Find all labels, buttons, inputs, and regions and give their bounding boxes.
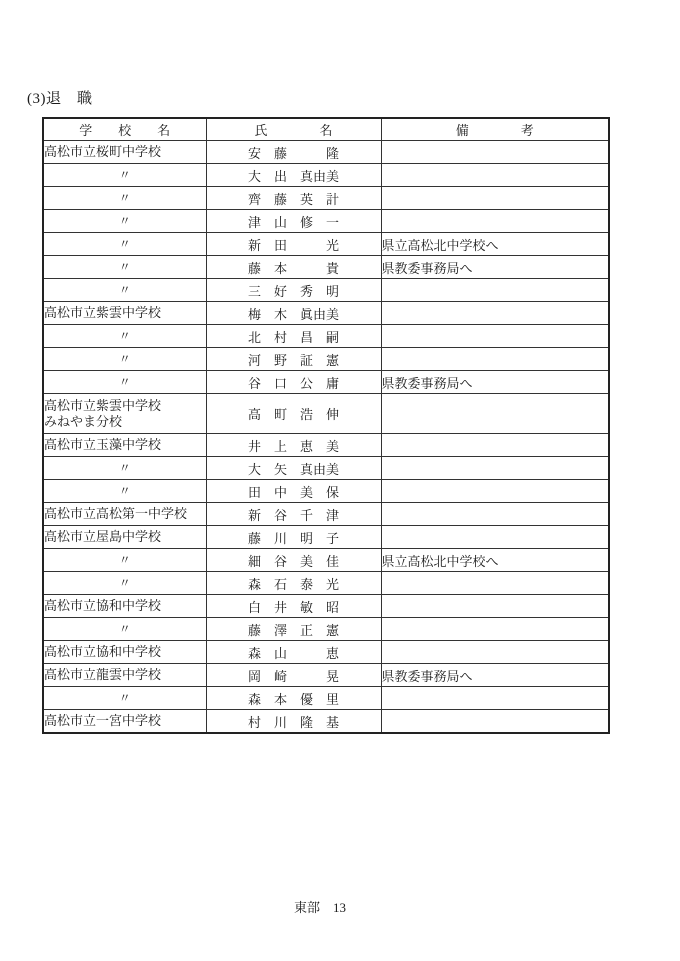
document-page: (3)退 職 学 校 名 氏 名 備 考 高松市立桜町中学校 安 藤 隆 〃 大… (0, 0, 680, 961)
table-row: 高松市立協和中学校 森 山 恵 (43, 641, 609, 664)
name-cell: 齊 藤 英 計 (206, 187, 381, 210)
school-cell: 〃 (43, 256, 206, 279)
school-cell: 〃 (43, 233, 206, 256)
name-cell: 藤 川 明 子 (206, 526, 381, 549)
table-row: 〃 河 野 証 憲 (43, 348, 609, 371)
name-cell: 井 上 恵 美 (206, 434, 381, 457)
remark-cell (381, 394, 609, 434)
table-row: 高松市立龍雲中学校 岡 崎 晃 県教委事務局へ (43, 664, 609, 687)
school-cell: 〃 (43, 187, 206, 210)
school-cell: 高松市立龍雲中学校 (43, 664, 206, 687)
remark-cell (381, 710, 609, 734)
table-row: 〃 森 本 優 里 (43, 687, 609, 710)
school-cell: 〃 (43, 325, 206, 348)
school-cell: 高松市立一宮中学校 (43, 710, 206, 734)
remark-cell: 県教委事務局へ (381, 664, 609, 687)
school-cell: 高松市立屋島中学校 (43, 526, 206, 549)
name-cell: 岡 崎 晃 (206, 664, 381, 687)
name-cell: 森 本 優 里 (206, 687, 381, 710)
table-row: 高松市立一宮中学校 村 川 隆 基 (43, 710, 609, 734)
name-cell: 三 好 秀 明 (206, 279, 381, 302)
remark-cell (381, 480, 609, 503)
remark-cell (381, 325, 609, 348)
school-cell: 高松市立協和中学校 (43, 595, 206, 618)
school-cell: 〃 (43, 279, 206, 302)
name-cell: 藤 澤 正 憲 (206, 618, 381, 641)
remark-cell (381, 164, 609, 187)
name-cell: 大 矢 真由美 (206, 457, 381, 480)
name-cell: 新 田 光 (206, 233, 381, 256)
table-row: 〃 津 山 修 一 (43, 210, 609, 233)
table-row: 〃 田 中 美 保 (43, 480, 609, 503)
col-header-remark: 備 考 (381, 118, 609, 141)
remark-cell (381, 187, 609, 210)
table-row: 〃 森 石 泰 光 (43, 572, 609, 595)
section-title: (3)退 職 (27, 87, 93, 108)
school-cell: 〃 (43, 687, 206, 710)
remark-cell (381, 618, 609, 641)
school-cell: 高松市立玉藻中学校 (43, 434, 206, 457)
table-row: 高松市立協和中学校 白 井 敏 昭 (43, 595, 609, 618)
remark-cell (381, 503, 609, 526)
remark-cell (381, 595, 609, 618)
school-cell: 〃 (43, 164, 206, 187)
school-cell: 〃 (43, 480, 206, 503)
name-cell: 森 山 恵 (206, 641, 381, 664)
school-cell: 高松市立桜町中学校 (43, 141, 206, 164)
remark-cell (381, 141, 609, 164)
col-header-name: 氏 名 (206, 118, 381, 141)
remark-cell (381, 279, 609, 302)
remark-cell (381, 210, 609, 233)
remark-cell: 県立高松北中学校へ (381, 233, 609, 256)
name-cell: 安 藤 隆 (206, 141, 381, 164)
name-cell: 森 石 泰 光 (206, 572, 381, 595)
name-cell: 村 川 隆 基 (206, 710, 381, 734)
remark-cell (381, 348, 609, 371)
name-cell: 新 谷 千 津 (206, 503, 381, 526)
remark-cell (381, 434, 609, 457)
school-cell: 〃 (43, 348, 206, 371)
table-row: 高松市立屋島中学校 藤 川 明 子 (43, 526, 609, 549)
remark-cell: 県教委事務局へ (381, 371, 609, 394)
page-footer: 東部 13 (0, 897, 640, 916)
remark-cell (381, 641, 609, 664)
name-cell: 大 出 真由美 (206, 164, 381, 187)
table-row: 高松市立紫雲中学校 みねやま分校 高 町 浩 伸 (43, 394, 609, 434)
table-row: 〃 大 出 真由美 (43, 164, 609, 187)
school-cell: 〃 (43, 457, 206, 480)
remark-cell (381, 687, 609, 710)
school-cell: 高松市立紫雲中学校 みねやま分校 (43, 394, 206, 434)
retirement-table: 学 校 名 氏 名 備 考 高松市立桜町中学校 安 藤 隆 〃 大 出 真由美 … (42, 117, 610, 734)
table-row: 〃 谷 口 公 庸 県教委事務局へ (43, 371, 609, 394)
name-cell: 田 中 美 保 (206, 480, 381, 503)
remark-cell: 県立高松北中学校へ (381, 549, 609, 572)
table-row: 高松市立桜町中学校 安 藤 隆 (43, 141, 609, 164)
table-row: 〃 大 矢 真由美 (43, 457, 609, 480)
table-row: 〃 藤 澤 正 憲 (43, 618, 609, 641)
name-cell: 白 井 敏 昭 (206, 595, 381, 618)
table-row: 高松市立紫雲中学校 梅 木 眞由美 (43, 302, 609, 325)
name-cell: 谷 口 公 庸 (206, 371, 381, 394)
table-row: 高松市立玉藻中学校 井 上 恵 美 (43, 434, 609, 457)
school-cell: 〃 (43, 572, 206, 595)
remark-cell (381, 302, 609, 325)
school-cell: 高松市立紫雲中学校 (43, 302, 206, 325)
table-header-row: 学 校 名 氏 名 備 考 (43, 118, 609, 141)
table-row: 〃 藤 本 貴 県教委事務局へ (43, 256, 609, 279)
school-cell: 高松市立協和中学校 (43, 641, 206, 664)
table-row: 〃 細 谷 美 佳 県立高松北中学校へ (43, 549, 609, 572)
table-row: 〃 三 好 秀 明 (43, 279, 609, 302)
school-cell: 〃 (43, 210, 206, 233)
name-cell: 細 谷 美 佳 (206, 549, 381, 572)
table-body: 高松市立桜町中学校 安 藤 隆 〃 大 出 真由美 〃 齊 藤 英 計 〃 津 … (43, 141, 609, 734)
name-cell: 津 山 修 一 (206, 210, 381, 233)
name-cell: 高 町 浩 伸 (206, 394, 381, 434)
table-row: 〃 齊 藤 英 計 (43, 187, 609, 210)
name-cell: 藤 本 貴 (206, 256, 381, 279)
name-cell: 梅 木 眞由美 (206, 302, 381, 325)
name-cell: 河 野 証 憲 (206, 348, 381, 371)
school-cell: 高松市立高松第一中学校 (43, 503, 206, 526)
table-row: 高松市立高松第一中学校 新 谷 千 津 (43, 503, 609, 526)
table-row: 〃 新 田 光 県立高松北中学校へ (43, 233, 609, 256)
remark-cell (381, 457, 609, 480)
school-cell: 〃 (43, 618, 206, 641)
remark-cell: 県教委事務局へ (381, 256, 609, 279)
remark-cell (381, 526, 609, 549)
school-cell: 〃 (43, 549, 206, 572)
col-header-school: 学 校 名 (43, 118, 206, 141)
remark-cell (381, 572, 609, 595)
name-cell: 北 村 昌 嗣 (206, 325, 381, 348)
table-row: 〃 北 村 昌 嗣 (43, 325, 609, 348)
school-cell: 〃 (43, 371, 206, 394)
